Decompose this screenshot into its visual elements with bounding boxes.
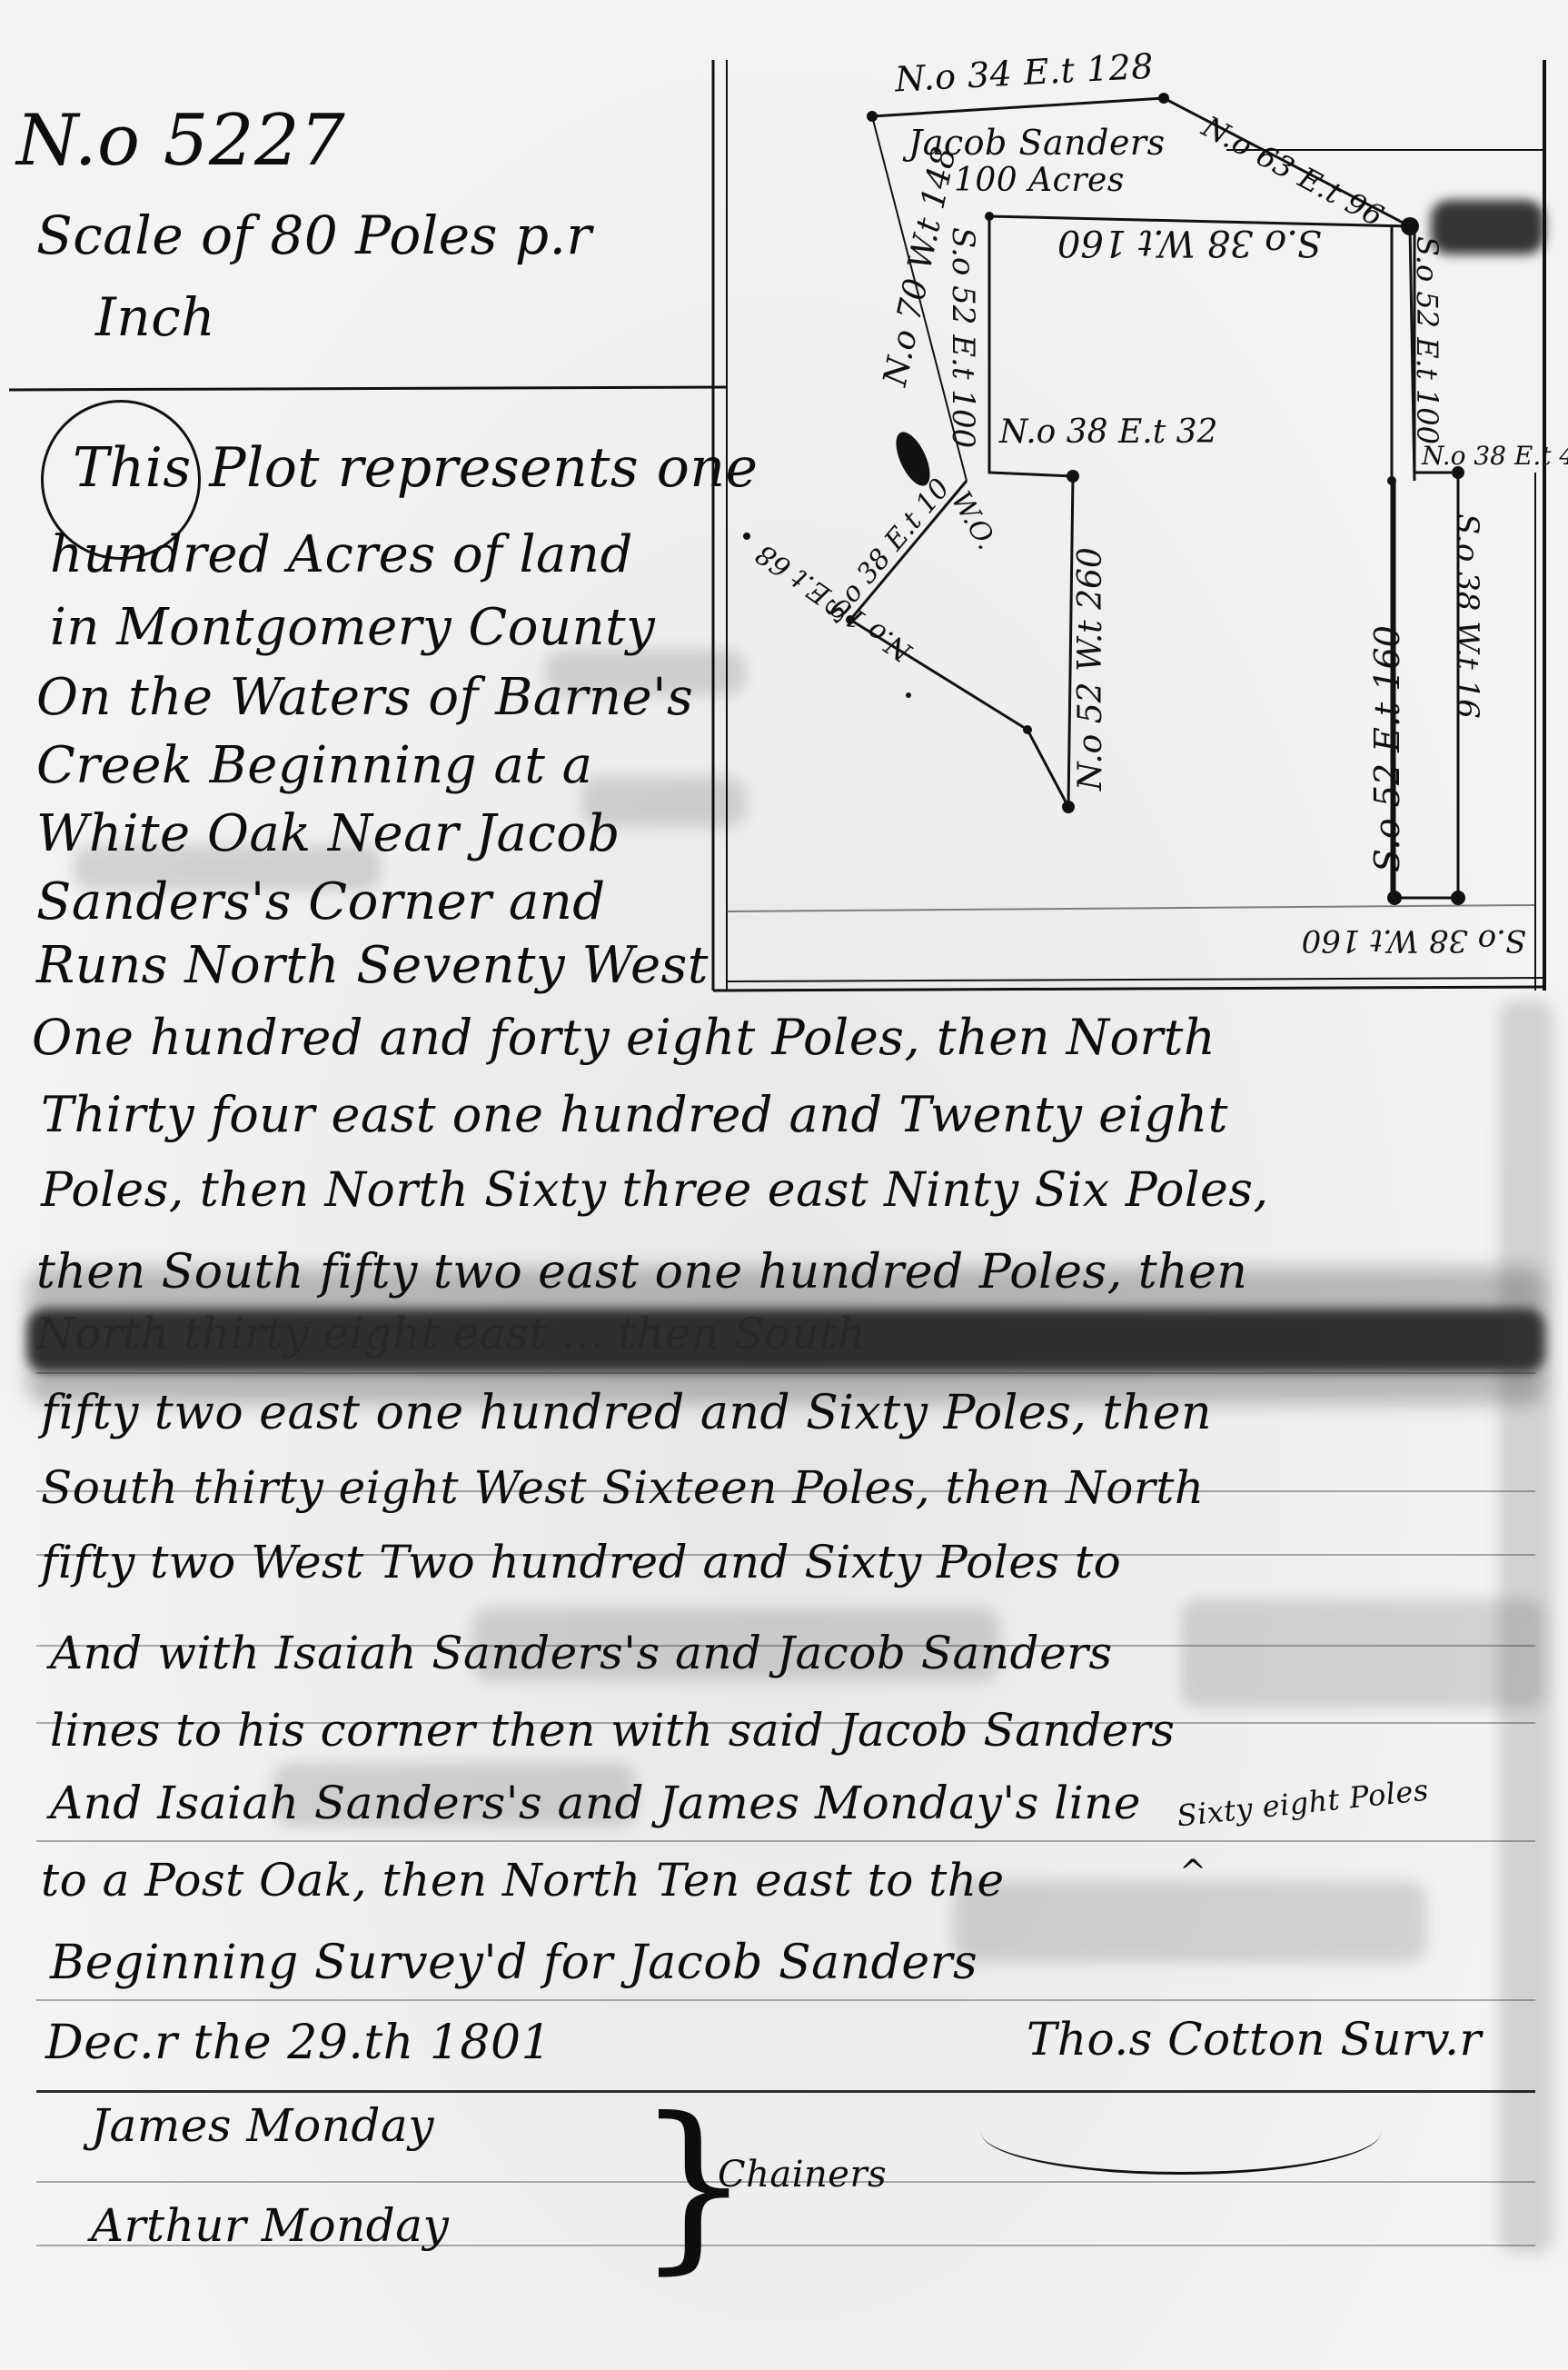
- body-line: And Isaiah Sanders's and James Monday's …: [50, 1777, 1141, 1829]
- plat-call-label: N.o 52 W.t 260: [1072, 547, 1109, 791]
- interlineation: Sixty eight Poles: [1176, 1773, 1431, 1834]
- body-line: White Oak Near Jacob: [36, 804, 620, 863]
- chainers-label: Chainers: [718, 2154, 887, 2196]
- body-line: Sanders's Corner and: [36, 872, 606, 931]
- ruled-line: [36, 1372, 1535, 1374]
- ruled-line: [36, 1840, 1535, 1842]
- plat-call-label: N.o 38 E.t 32: [999, 413, 1217, 451]
- body-line: lines to his corner then with said Jacob…: [50, 1704, 1175, 1757]
- document-number: N.o 5227: [16, 100, 345, 182]
- body-line: On the Waters of Barne's: [36, 668, 693, 727]
- body-line: in Montgomery County: [50, 598, 655, 657]
- body-line: South thirty eight West Sixteen Poles, t…: [41, 1461, 1205, 1514]
- document-page: N.o 5227 Scale of 80 Poles p.r Inch N.o …: [0, 0, 1568, 2370]
- plat-call-label: N.o 38 E.t 4: [1422, 441, 1568, 471]
- plat-call-label: S.o 52 E.t 160: [1367, 625, 1407, 872]
- plat-call-label: S.o 38 W.t 160: [1302, 922, 1526, 959]
- plat-call-label: S.o 38 W.t 16: [1449, 513, 1485, 719]
- caret-mark: ^: [1179, 1854, 1207, 1891]
- chain-carrier-1: James Monday: [91, 2099, 434, 2152]
- body-line: Runs North Seventy West: [36, 936, 709, 995]
- body-line: hundred Acres of land: [50, 525, 633, 584]
- body-line: Thirty four east one hundred and Twenty …: [41, 1086, 1228, 1143]
- survey-date: Dec.r the 29.th 1801: [45, 2016, 551, 2070]
- body-line: fifty two east one hundred and Sixty Pol…: [41, 1386, 1212, 1440]
- body-line: Beginning Survey'd for Jacob Sanders: [50, 1936, 978, 1990]
- ruled-line: [36, 1999, 1535, 2001]
- plat-call-label: S.o 52 E.t 100: [945, 227, 981, 448]
- highlight-smudge: [954, 1881, 1426, 1963]
- surveyor-signature: Tho.s Cotton Surv.r: [1027, 2013, 1482, 2066]
- body-line: And with Isaiah Sanders's and Jacob Sand…: [50, 1627, 1113, 1679]
- highlight-smudge: [1181, 1599, 1544, 1708]
- body-line: to a Post Oak, then North Ten east to th…: [41, 1854, 1005, 1907]
- scale-note: Scale of 80 Poles p.r: [36, 204, 592, 266]
- plat-call-label: S.o 52 E.t 100: [1410, 236, 1444, 444]
- right-edge-shadow: [1499, 1000, 1553, 2254]
- signature-flourish: [981, 2090, 1381, 2175]
- body-line: Creek Beginning at a: [36, 736, 593, 795]
- body-line-obscured: North thirty eight east ... then South: [36, 1309, 866, 1359]
- plat-call-label: S.o 38 W.t 160: [1057, 222, 1322, 264]
- body-line: fifty two West Two hundred and Sixty Pol…: [41, 1536, 1121, 1588]
- body-line: This Plot represents one: [73, 436, 759, 500]
- body-line: One hundred and forty eight Poles, then …: [32, 1009, 1216, 1066]
- plat-acreage-label: 100 Acres: [954, 162, 1125, 199]
- body-line: Poles, then North Sixty three east Ninty…: [41, 1163, 1269, 1218]
- chain-carrier-2: Arthur Monday: [91, 2199, 449, 2252]
- body-line: then South fifty two east one hundred Po…: [36, 1245, 1247, 1300]
- scale-unit: Inch: [95, 286, 215, 348]
